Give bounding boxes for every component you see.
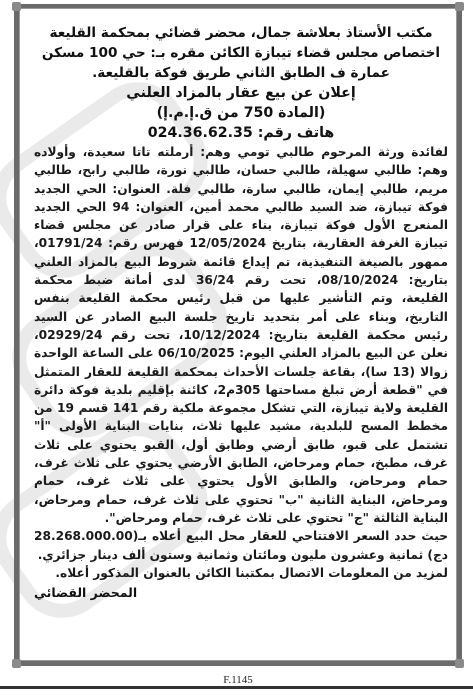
- notice-frame: مكتب الأستاذ بعلاشة جمال، محضر قضائي بمح…: [14, 4, 462, 666]
- office-header-line-3: عمارة ف الطابق الثاني طريق فوكة بالقليعة…: [34, 63, 448, 83]
- office-header-line-2: اختصاص مجلس قضاء تيبازة الكائن مقره بـ: …: [34, 43, 448, 63]
- legal-article: (المادة 750 من ق.إ.م.إ): [34, 103, 448, 123]
- notice-content: مكتب الأستاذ بعلاشة جمال، محضر قضائي بمح…: [34, 23, 448, 602]
- signature: المحضر القضائي: [34, 584, 137, 602]
- page-divider: [0, 686, 473, 689]
- reference-code: F.1145: [20, 674, 456, 686]
- notice-paragraph-price: حيث حدد السعر الافتتاحي للعقار محل البيع…: [34, 527, 448, 564]
- notice-paragraph-main: لفائدة ورثة المرحوم طالبي تومي وهم: أرمل…: [34, 143, 448, 527]
- frame-corner: [12, 2, 21, 11]
- frame-corner: [455, 2, 464, 11]
- signature-line: المحضر القضائي: [34, 584, 448, 602]
- phone-label: هاتف رقم:: [258, 125, 335, 141]
- notice-body: لفائدة ورثة المرحوم طالبي تومي وهم: أرمل…: [34, 143, 448, 582]
- notice-paragraph-contact: لمزيد من المعلومات الاتصال بمكتبنا الكائ…: [34, 564, 448, 582]
- frame-corner: [455, 659, 464, 668]
- phone-line: هاتف رقم: 024.36.62.35: [34, 123, 448, 143]
- phone-number: 024.36.62.35: [148, 125, 253, 141]
- notice-title: إعلان عن بيع عقار بالمزاد العلني: [34, 83, 448, 103]
- office-header-line-1: مكتب الأستاذ بعلاشة جمال، محضر قضائي بمح…: [34, 23, 448, 43]
- frame-corner: [12, 659, 21, 668]
